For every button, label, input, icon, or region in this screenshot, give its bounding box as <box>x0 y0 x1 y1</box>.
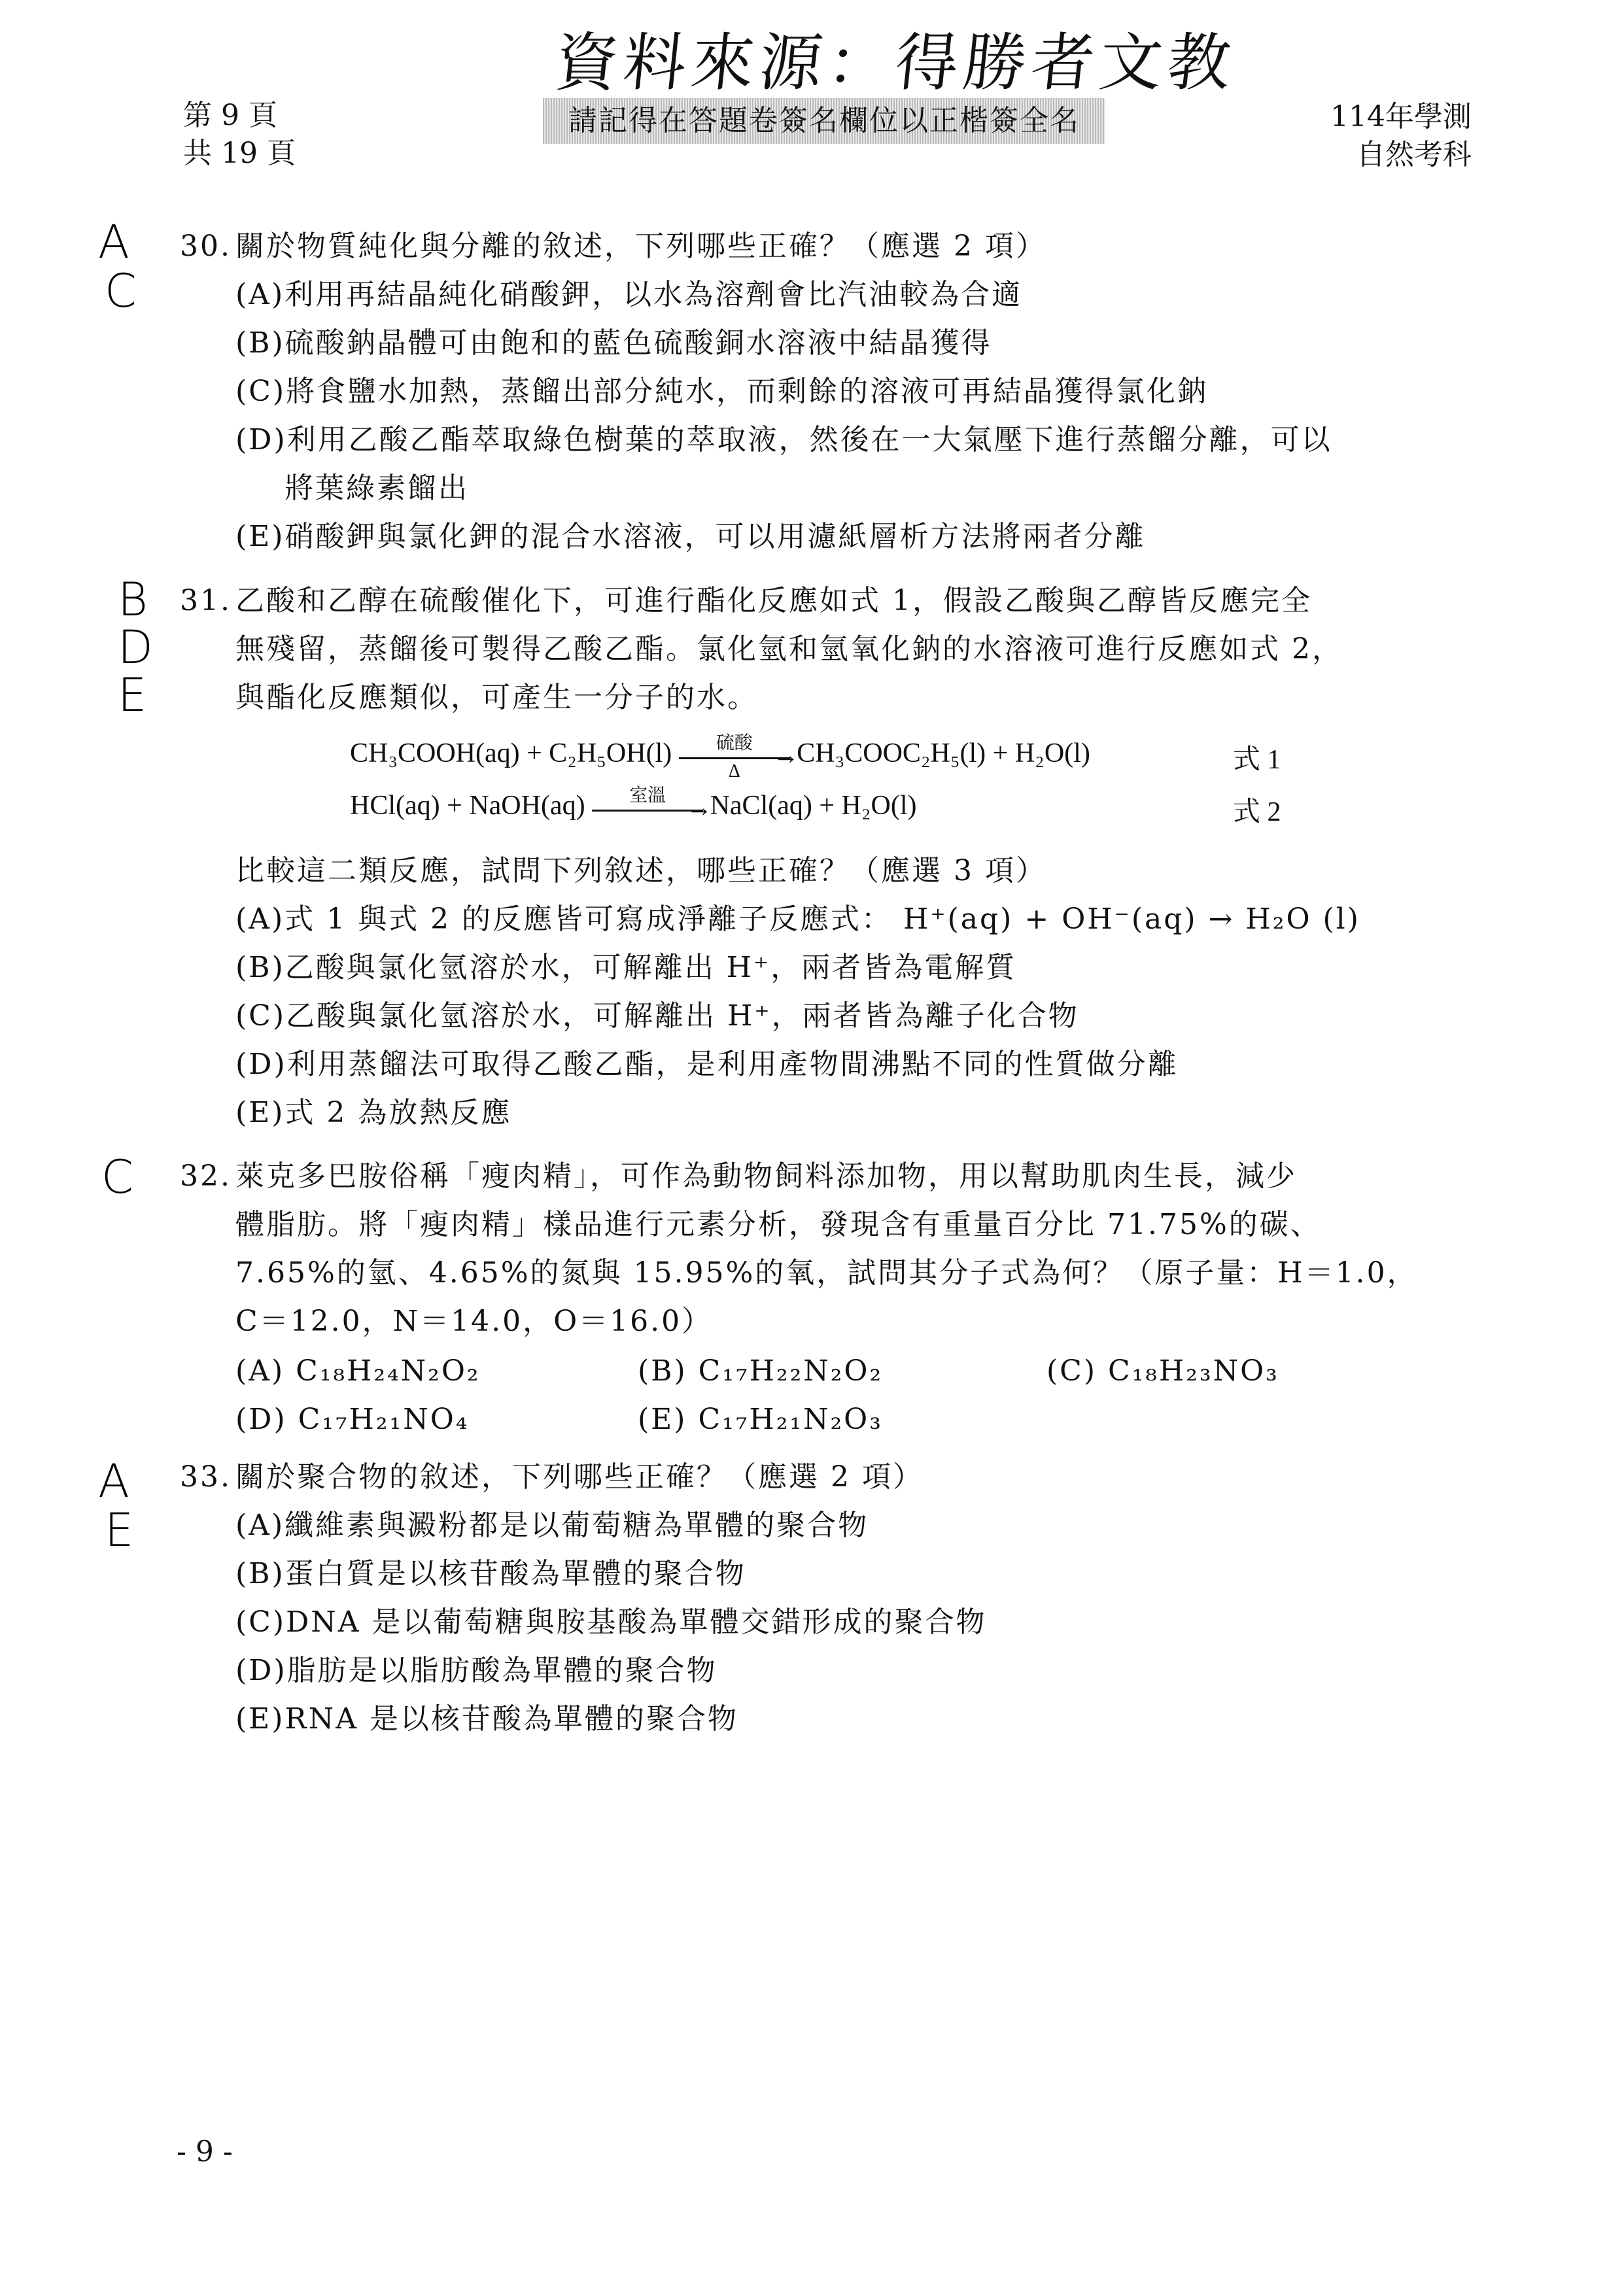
option-a: (A)式 1 與式 2 的反應皆可寫成淨離子反應式： H⁺(aq) + OH⁻(… <box>235 895 1360 944</box>
option-b: (B)硫酸鈉晶體可由飽和的藍色硫酸銅水溶液中結晶獲得 <box>235 319 992 368</box>
question-prompt: 比較這二類反應，試問下列敘述，哪些正確？（應選 3 項） <box>235 847 1046 895</box>
question-number: 30. <box>180 222 232 271</box>
handwritten-answer: C <box>101 1154 133 1200</box>
option-e: (E) C₁₇H₂₁N₂O₃ <box>638 1396 883 1444</box>
reaction-arrow: 硫酸 Δ <box>679 752 790 759</box>
option-d: (D)脂肪是以脂肪酸為單體的聚合物 <box>235 1647 717 1695</box>
handwritten-answer: E <box>105 1507 133 1553</box>
option-c: (C)DNA 是以葡萄糖與胺基酸為單體交錯形成的聚合物 <box>235 1598 987 1647</box>
question-stem: 體脂肪。將「瘦肉精」樣品進行元素分析，發現含有重量百分比 71.75%的碳、 <box>235 1201 1321 1249</box>
equation-2: HCl(aq) + NaOH(aq) 室溫 NaCl(aq) + H₂O(l) <box>350 790 916 821</box>
option-b: (B)蛋白質是以核苷酸為單體的聚合物 <box>235 1550 746 1598</box>
option-b: (B)乙酸與氯化氫溶於水，可解離出 H⁺，兩者皆為電解質 <box>235 944 1016 992</box>
source-watermark: 資料來源：得勝者文教 <box>551 13 1241 103</box>
handwritten-answer: B <box>118 577 148 623</box>
question-stem: 萊克多巴胺俗稱「瘦肉精」，可作為動物飼料添加物，用以幫助肌肉生長，減少 <box>235 1152 1297 1201</box>
option-d: (D)利用蒸餾法可取得乙酸乙酯，是利用產物間沸點不同的性質做分離 <box>235 1040 1179 1089</box>
equation-products: CH₃COOC₂H₅(l) + H₂O(l) <box>797 738 1090 768</box>
total-pages-label: 共 19 頁 <box>183 135 296 173</box>
equation-reactants: CH₃COOH(aq) + C₂H₅OH(l) <box>350 738 672 768</box>
option-c: (C)乙酸與氯化氫溶於水，可解離出 H⁺，兩者皆為離子化合物 <box>235 992 1079 1040</box>
handwritten-answer: E <box>118 672 147 718</box>
exam-info: 114年學測 自然考科 <box>1321 98 1472 174</box>
handwritten-answer: A <box>98 219 130 265</box>
option-a: (A)利用再結晶純化硝酸鉀，以水為溶劑會比汽油較為合適 <box>235 271 1022 319</box>
equation-label: 式 1 <box>1233 738 1281 777</box>
question-number: 31. <box>180 577 232 625</box>
option-b: (B) C₁₇H₂₂N₂O₂ <box>638 1347 883 1396</box>
page-number: - 9 - <box>177 2135 233 2168</box>
equation-products: NaCl(aq) + H₂O(l) <box>710 791 917 821</box>
question-number: 32. <box>180 1152 232 1201</box>
equation-reactants: HCl(aq) + NaOH(aq) <box>350 791 585 821</box>
question-stem: 乙酸和乙醇在硫酸催化下，可進行酯化反應如式 1，假設乙酸與乙醇皆反應完全 <box>235 577 1312 625</box>
exam-subject: 自然考科 <box>1321 136 1472 174</box>
option-a: (A)纖維素與澱粉都是以葡萄糖為單體的聚合物 <box>235 1501 869 1550</box>
page-label: 第 9 頁 <box>183 97 296 135</box>
handwritten-answer: D <box>118 625 153 670</box>
option-d-continued: 將葉綠素餾出 <box>285 464 469 513</box>
equation-label: 式 2 <box>1233 790 1281 829</box>
option-e: (E)硝酸鉀與氯化鉀的混合水溶液，可以用濾紙層析方法將兩者分離 <box>235 513 1145 561</box>
signature-reminder-banner: 請記得在答題卷簽名欄位以正楷簽全名 <box>543 98 1105 144</box>
handwritten-answer: C <box>105 268 137 314</box>
option-c: (C) C₁₈H₂₃NO₃ <box>1046 1347 1279 1396</box>
question-stem: 關於聚合物的敘述，下列哪些正確？（應選 2 項） <box>235 1453 924 1501</box>
question-stem: C＝12.0，N＝14.0，O＝16.0） <box>235 1297 712 1346</box>
option-e: (E)RNA 是以核苷酸為單體的聚合物 <box>235 1695 738 1743</box>
page-info: 第 9 頁 共 19 頁 <box>183 97 296 173</box>
handwritten-answer: A <box>98 1458 130 1504</box>
option-e: (E)式 2 為放熱反應 <box>235 1089 511 1137</box>
arrow-heat-symbol: Δ <box>679 761 790 782</box>
question-stem: 關於物質純化與分離的敘述，下列哪些正確？（應選 2 項） <box>235 222 1046 271</box>
option-a: (A) C₁₈H₂₄N₂O₂ <box>235 1347 481 1396</box>
reaction-arrow: 室溫 <box>592 804 703 812</box>
option-c: (C)將食鹽水加熱，蒸餾出部分純水，而剩餘的溶液可再結晶獲得氯化鈉 <box>235 368 1208 416</box>
exam-year: 114年學測 <box>1321 98 1472 136</box>
equation-1: CH₃COOH(aq) + C₂H₅OH(l) 硫酸 Δ CH₃COOC₂H₅(… <box>350 738 1090 769</box>
question-stem: 無殘留，蒸餾後可製得乙酸乙酯。氯化氫和氫氧化鈉的水溶液可進行反應如式 2， <box>235 625 1343 674</box>
question-number: 33. <box>180 1453 232 1501</box>
question-stem: 與酯化反應類似，可產生一分子的水。 <box>235 674 758 722</box>
option-d: (D)利用乙酸乙酯萃取綠色樹葉的萃取液，然後在一大氣壓下進行蒸餾分離，可以 <box>235 416 1332 464</box>
option-d: (D) C₁₇H₂₁NO₄ <box>235 1396 469 1444</box>
question-stem: 7.65%的氫、4.65%的氮與 15.95%的氧，試問其分子式為何？（原子量：… <box>235 1249 1418 1297</box>
